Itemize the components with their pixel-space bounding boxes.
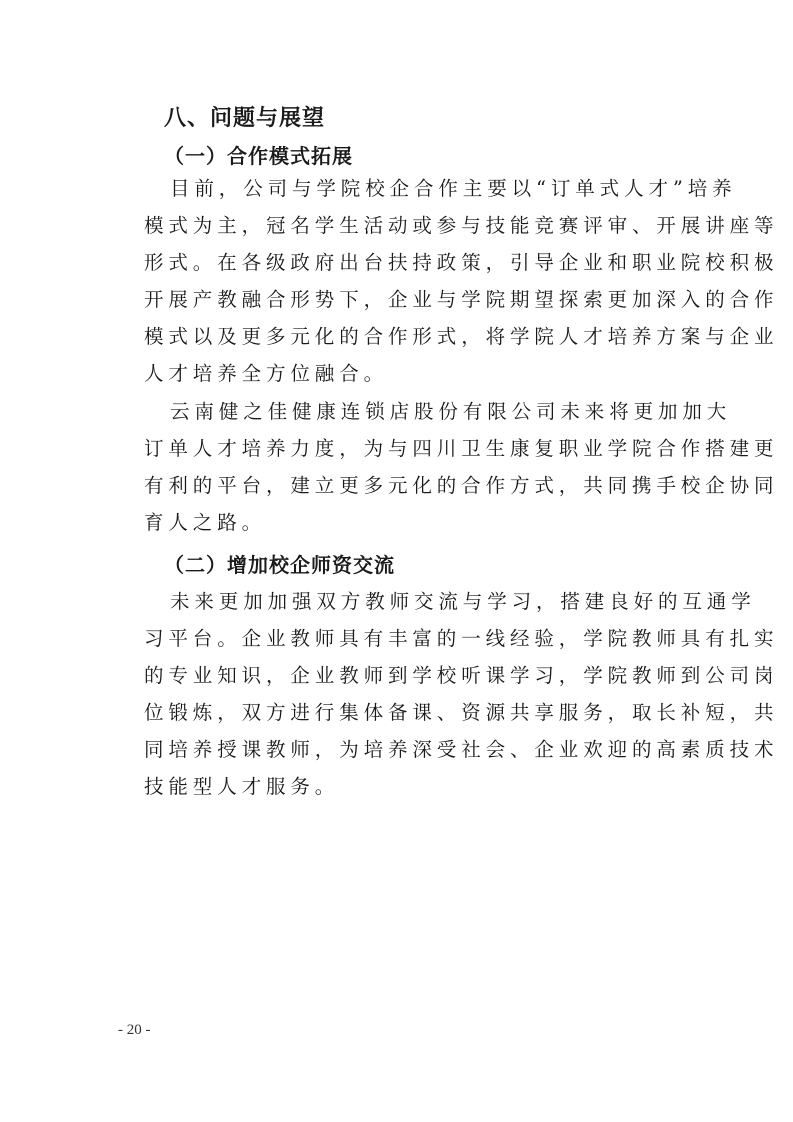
text-line: 目前，公司与学院校企合作主要以“订单式人才”培养 xyxy=(170,174,737,204)
text-line: 位锻炼，双方进行集体备课、资源共享服务，取长补短，共 xyxy=(144,698,778,728)
text-line: 模式以及更多元化的合作形式，将学院人才培养方案与企业 xyxy=(144,322,778,352)
subsection-heading-2: （二）增加校企师资交流 xyxy=(164,550,395,580)
section-heading: 八、问题与展望 xyxy=(164,103,325,135)
text-line: 形式。在各级政府出台扶持政策，引导企业和职业院校积极 xyxy=(144,248,778,278)
text-line: 技能型人才服务。 xyxy=(144,772,339,802)
text-line: 人才培养全方位融合。 xyxy=(144,359,388,389)
document-page: 八、问题与展望 （一）合作模式拓展 目前，公司与学院校企合作主要以“订单式人才”… xyxy=(0,0,793,1122)
text-line: 开展产教融合形势下，企业与学院期望探索更加深入的合作 xyxy=(144,285,778,315)
text-line: 模式为主，冠名学生活动或参与技能竞赛评审、开展讲座等 xyxy=(144,211,778,241)
text-line: 有利的平台，建立更多元化的合作方式，共同携手校企协同 xyxy=(144,471,778,501)
text-line: 习平台。企业教师具有丰富的一线经验，学院教师具有扎实 xyxy=(144,624,778,654)
text-line: 育人之路。 xyxy=(144,508,266,538)
text-line: 同培养授课教师，为培养深受社会、企业欢迎的高素质技术 xyxy=(144,735,778,765)
subsection-heading-1: （一）合作模式拓展 xyxy=(164,141,353,171)
text-line: 未来更加加强双方教师交流与学习，搭建良好的互通学 xyxy=(170,587,756,617)
page-number: - 20 - xyxy=(118,1022,151,1039)
text-line: 订单人才培养力度，为与四川卫生康复职业学院合作搭建更 xyxy=(144,434,778,464)
text-line: 云南健之佳健康连锁店股份有限公司未来将更加加大 xyxy=(170,397,731,427)
text-line: 的专业知识，企业教师到学校听课学习，学院教师到公司岗 xyxy=(144,661,778,691)
